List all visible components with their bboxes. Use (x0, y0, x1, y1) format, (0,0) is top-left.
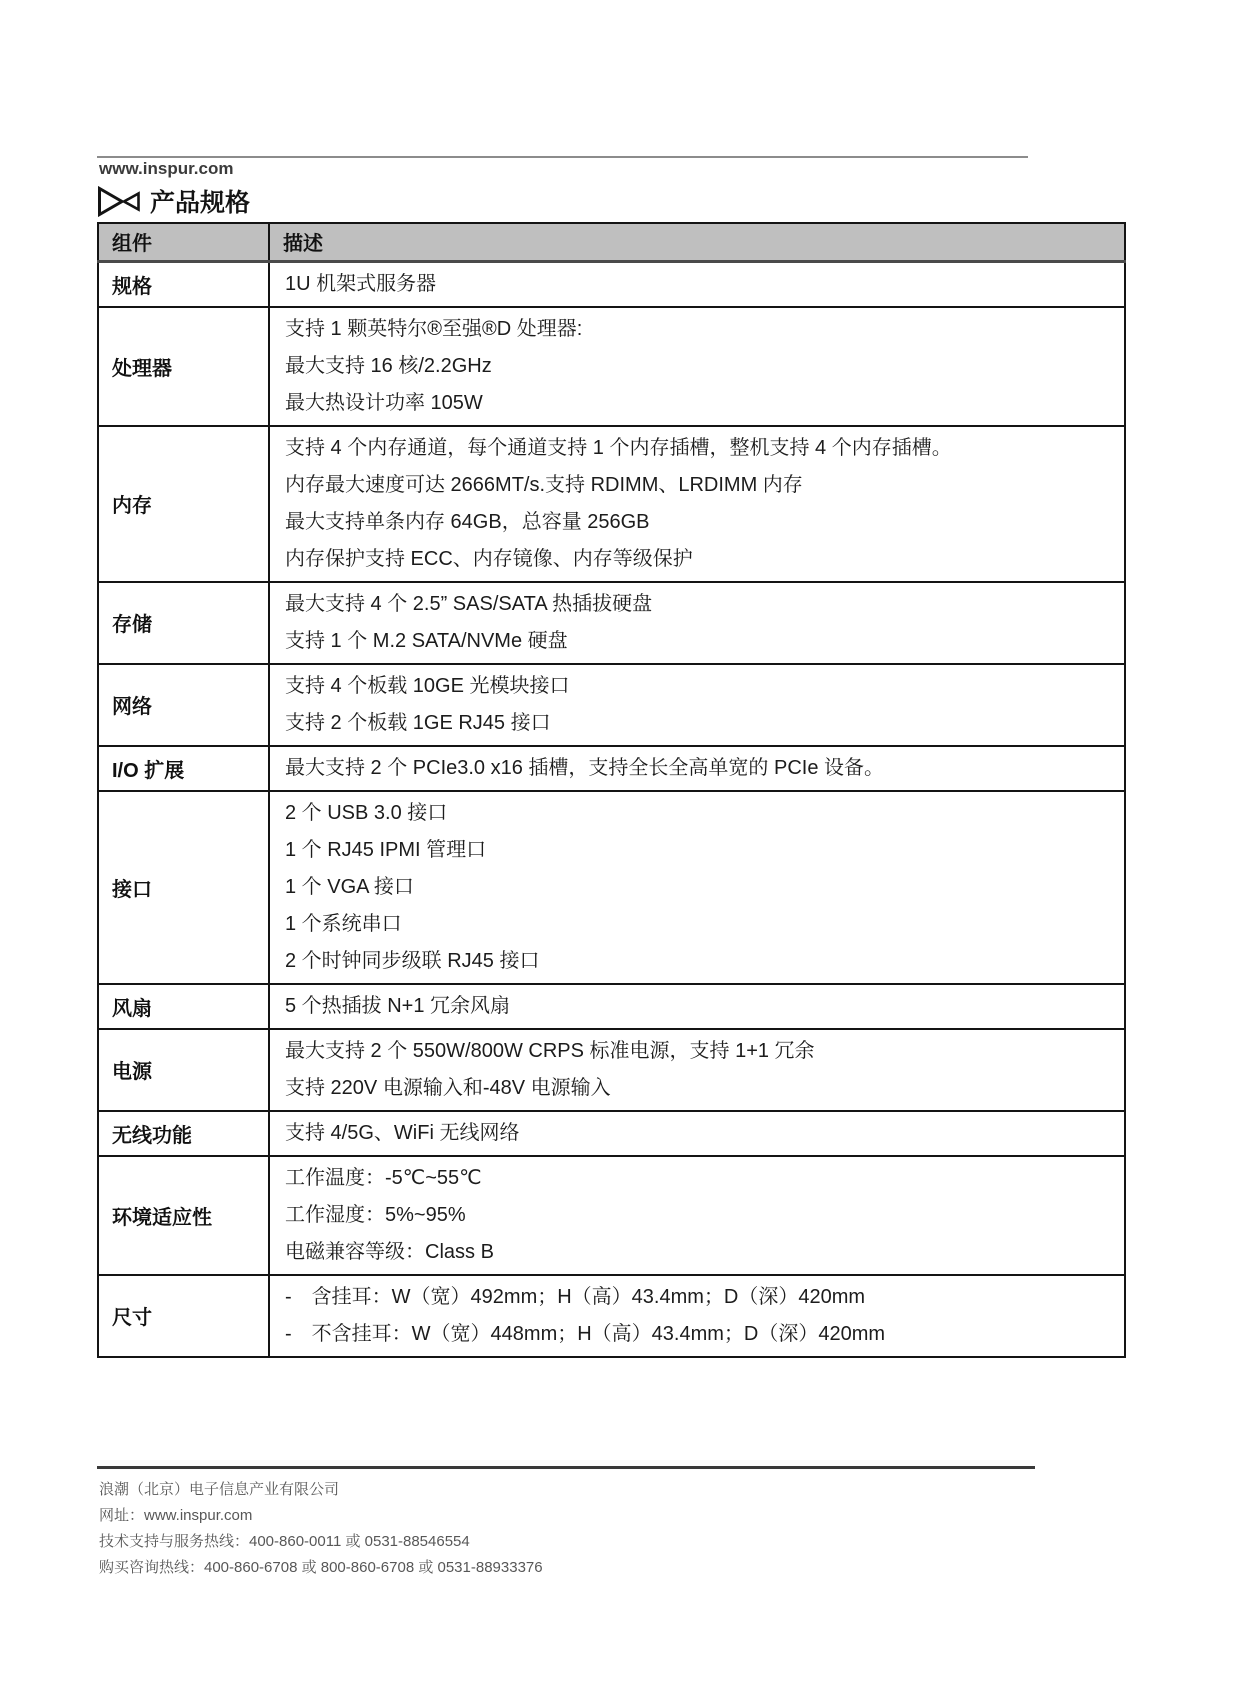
description-cell: 1U 机架式服务器 (269, 261, 1125, 307)
component-cell: 内存 (98, 426, 269, 582)
top-divider (97, 156, 1028, 158)
page-title: 产品规格 (150, 183, 250, 219)
description-cell: 最大支持 4 个 2.5” SAS/SATA 热插拔硬盘 支持 1 个 M.2 … (269, 582, 1125, 664)
component-cell: 规格 (98, 261, 269, 307)
footer-company: 浪潮（北京）电子信息产业有限公司 (99, 1477, 543, 1503)
table-row: I/O 扩展 最大支持 2 个 PCIe3.0 x16 插槽，支持全长全高单宽的… (98, 746, 1125, 791)
component-cell: I/O 扩展 (98, 746, 269, 791)
description-cell: 支持 4 个板载 10GE 光模块接口 支持 2 个板载 1GE RJ45 接口 (269, 664, 1125, 746)
column-header-description: 描述 (269, 223, 1125, 261)
description-cell: 5 个热插拔 N+1 冗余风扇 (269, 984, 1125, 1029)
table-row: 电源 最大支持 2 个 550W/800W CRPS 标准电源，支持 1+1 冗… (98, 1029, 1125, 1111)
footer-purchase-hotline: 购买咨询热线：400-860-6708 或 800-860-6708 或 053… (99, 1555, 543, 1581)
section-heading: 产品规格 (97, 183, 250, 219)
footer-divider (97, 1466, 1035, 1469)
column-header-component: 组件 (98, 223, 269, 261)
description-cell: 支持 4/5G、WiFi 无线网络 (269, 1111, 1125, 1156)
component-cell: 存储 (98, 582, 269, 664)
spec-table: 组件 描述 规格 1U 机架式服务器 处理器 支持 1 颗英特尔®至强®D 处理… (97, 222, 1126, 1358)
footer-support-hotline: 技术支持与服务热线：400-860-0011 或 0531-88546554 (99, 1529, 543, 1555)
table-row: 存储 最大支持 4 个 2.5” SAS/SATA 热插拔硬盘 支持 1 个 M… (98, 582, 1125, 664)
table-row: 风扇 5 个热插拔 N+1 冗余风扇 (98, 984, 1125, 1029)
description-cell: 支持 1 颗英特尔®至强®D 处理器: 最大支持 16 核/2.2GHz 最大热… (269, 307, 1125, 426)
description-cell: 最大支持 2 个 550W/800W CRPS 标准电源，支持 1+1 冗余 支… (269, 1029, 1125, 1111)
component-cell: 风扇 (98, 984, 269, 1029)
table-header-row: 组件 描述 (98, 223, 1125, 261)
table-row: 处理器 支持 1 颗英特尔®至强®D 处理器: 最大支持 16 核/2.2GHz… (98, 307, 1125, 426)
table-row: 尺寸 - 含挂耳：W（宽）492mm；H（高）43.4mm；D（深）420mm … (98, 1275, 1125, 1357)
table-row: 网络 支持 4 个板载 10GE 光模块接口 支持 2 个板载 1GE RJ45… (98, 664, 1125, 746)
description-cell: 最大支持 2 个 PCIe3.0 x16 插槽，支持全长全高单宽的 PCIe 设… (269, 746, 1125, 791)
description-cell: - 含挂耳：W（宽）492mm；H（高）43.4mm；D（深）420mm - 不… (269, 1275, 1125, 1357)
component-cell: 电源 (98, 1029, 269, 1111)
footer: 浪潮（北京）电子信息产业有限公司 网址：www.inspur.com 技术支持与… (99, 1477, 543, 1581)
description-cell: 2 个 USB 3.0 接口 1 个 RJ45 IPMI 管理口 1 个 VGA… (269, 791, 1125, 984)
footer-website: 网址：www.inspur.com (99, 1503, 543, 1529)
table-row: 无线功能 支持 4/5G、WiFi 无线网络 (98, 1111, 1125, 1156)
description-cell: 支持 4 个内存通道，每个通道支持 1 个内存插槽，整机支持 4 个内存插槽。 … (269, 426, 1125, 582)
component-cell: 尺寸 (98, 1275, 269, 1357)
table-row: 规格 1U 机架式服务器 (98, 261, 1125, 307)
page: www.inspur.com 产品规格 组件 描述 规格 1U 机架式服务器 处… (0, 0, 1240, 1683)
component-cell: 环境适应性 (98, 1156, 269, 1275)
bowtie-icon (97, 186, 141, 217)
table-row: 接口 2 个 USB 3.0 接口 1 个 RJ45 IPMI 管理口 1 个 … (98, 791, 1125, 984)
component-cell: 处理器 (98, 307, 269, 426)
component-cell: 网络 (98, 664, 269, 746)
description-cell: 工作温度：-5℃~55℃ 工作湿度：5%~95% 电磁兼容等级：Class B (269, 1156, 1125, 1275)
component-cell: 无线功能 (98, 1111, 269, 1156)
table-row: 内存 支持 4 个内存通道，每个通道支持 1 个内存插槽，整机支持 4 个内存插… (98, 426, 1125, 582)
component-cell: 接口 (98, 791, 269, 984)
site-url-text: www.inspur.com (99, 159, 233, 179)
table-row: 环境适应性 工作温度：-5℃~55℃ 工作湿度：5%~95% 电磁兼容等级：Cl… (98, 1156, 1125, 1275)
